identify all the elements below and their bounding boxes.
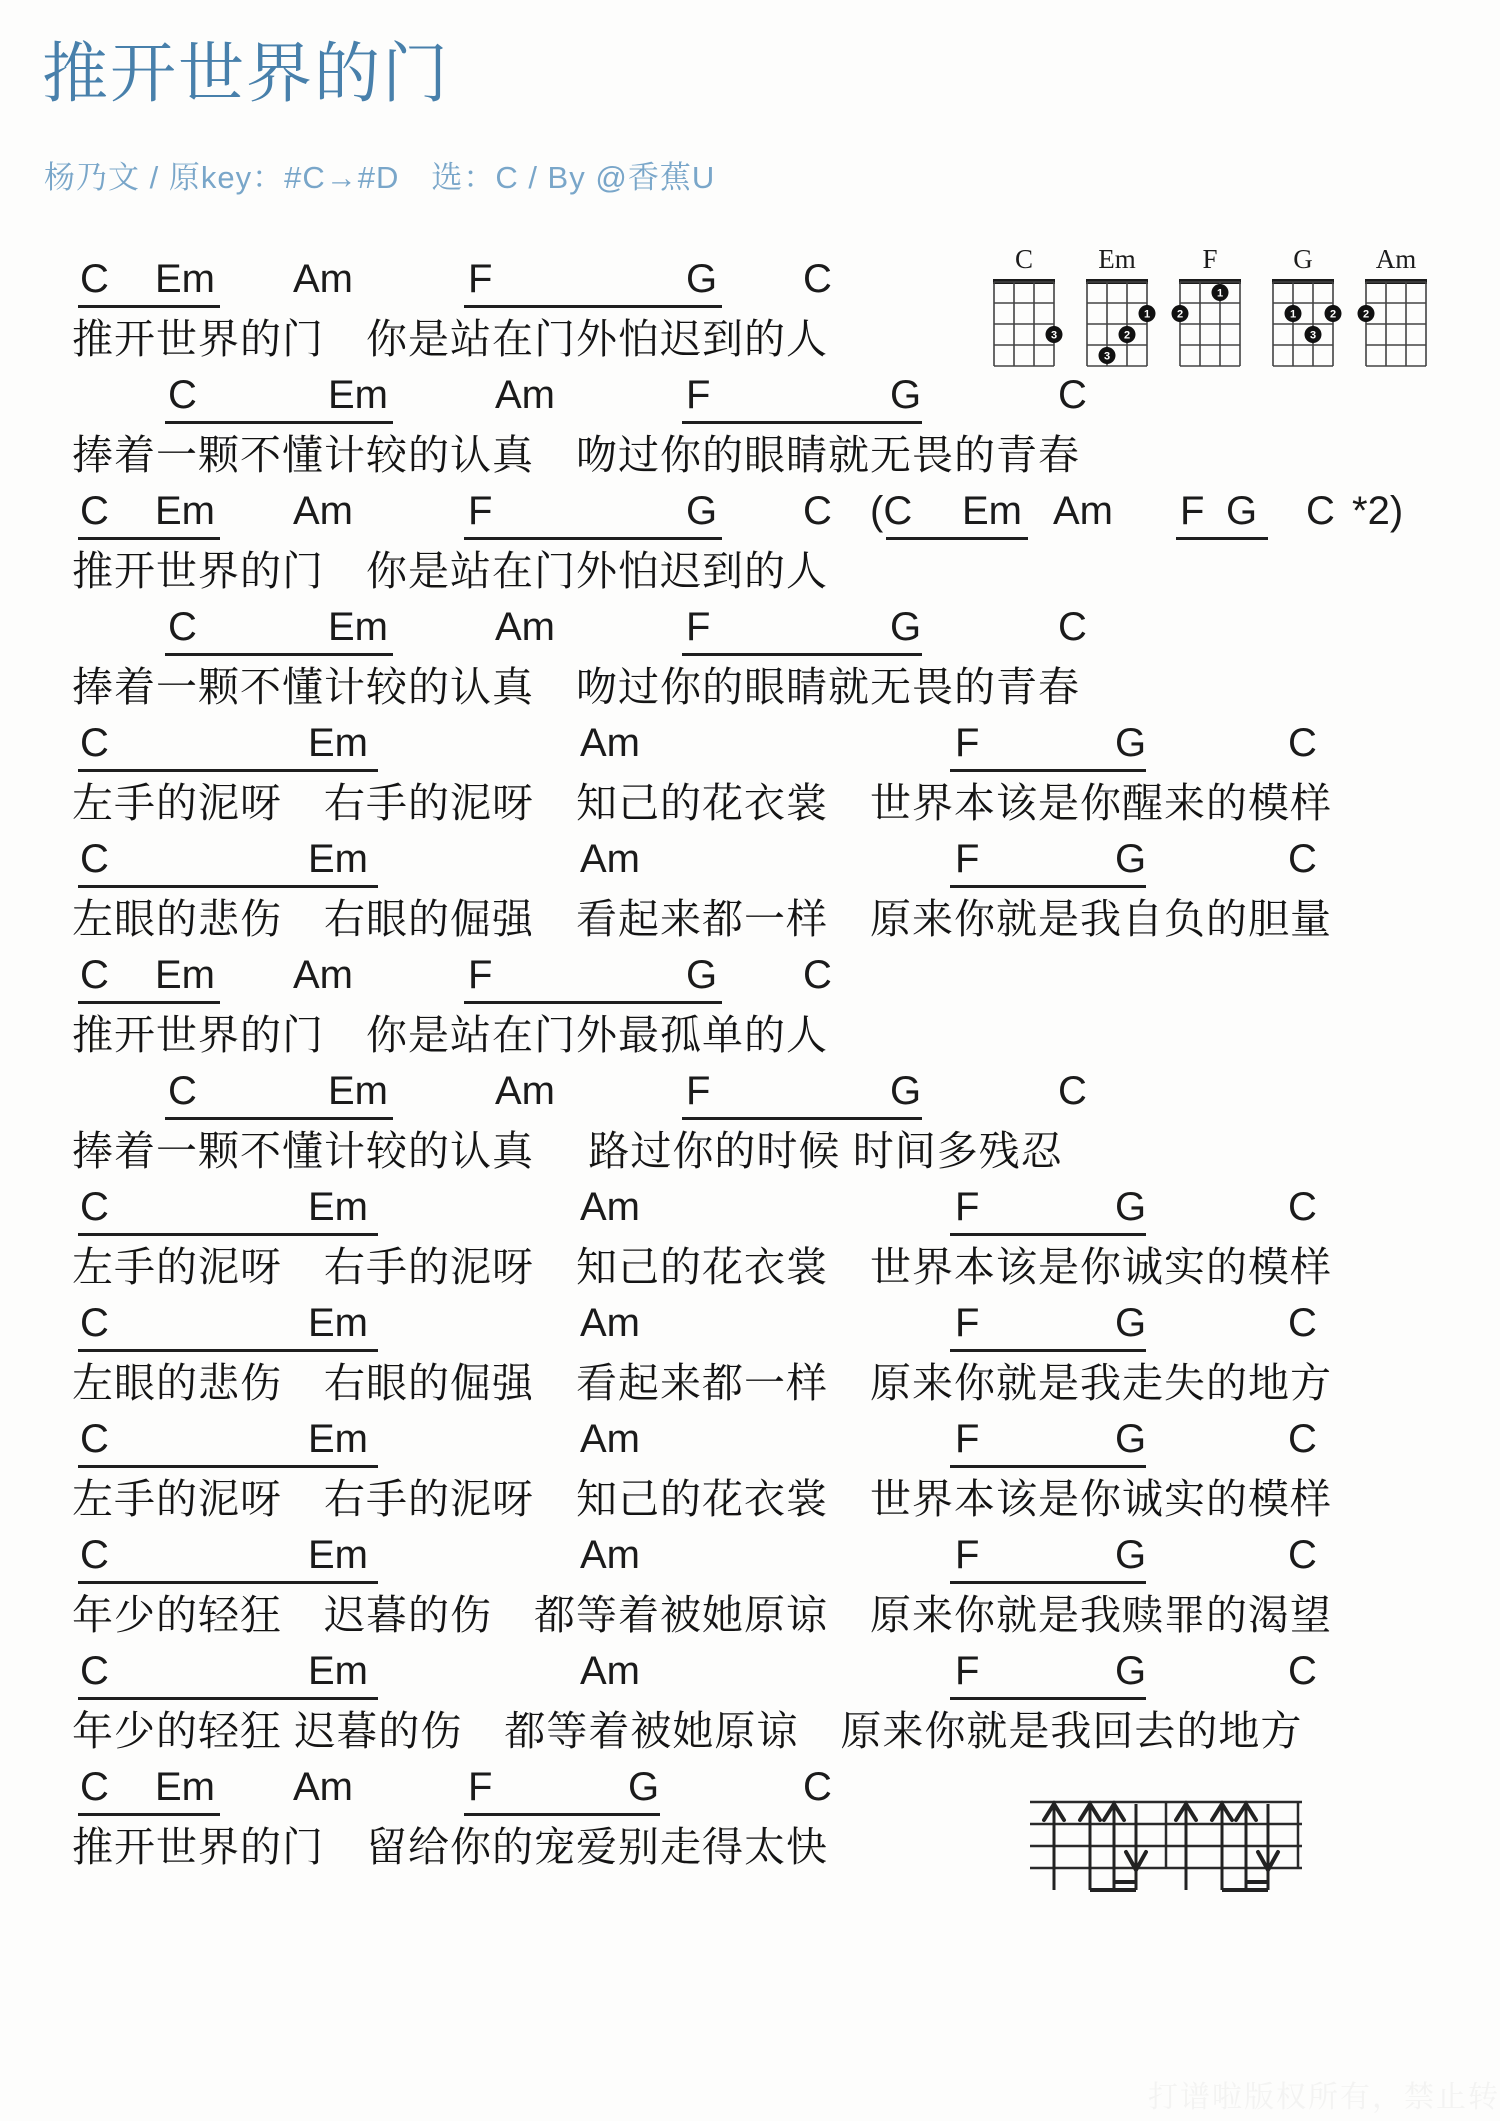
chord-symbol: Am xyxy=(580,1299,640,1347)
chord-symbol: G xyxy=(1115,719,1146,767)
chord-symbol: C xyxy=(803,487,832,535)
chord-symbol: Em xyxy=(962,487,1022,535)
chord-underline xyxy=(682,421,922,424)
chord-symbol: Em xyxy=(308,1647,368,1695)
chord-underline xyxy=(78,1581,378,1584)
chord-underline xyxy=(682,653,922,656)
chord-symbol: C xyxy=(1288,1531,1317,1579)
chord-symbol: Am xyxy=(495,371,555,419)
chord-row: CEmAmFGC xyxy=(0,603,1500,659)
chord-symbol: F xyxy=(955,835,979,883)
chord-symbol: Am xyxy=(580,1183,640,1231)
song-line-9: CEmAmFGC左手的泥呀 右手的泥呀 知己的花衣裳 世界本该是你诚实的模样 xyxy=(0,1183,1500,1299)
chord-symbol: (C xyxy=(870,487,912,535)
chord-symbol: C xyxy=(1288,1647,1317,1695)
chord-underline xyxy=(682,1117,922,1120)
chord-symbol: F xyxy=(686,1067,710,1115)
chord-symbol: *2) xyxy=(1352,487,1403,535)
lyric-line: 年少的轻狂 迟暮的伤 都等着被她原谅 原来你就是我回去的地方 xyxy=(0,1703,1500,1759)
chord-symbol: F xyxy=(955,719,979,767)
chord-row: CEmAmFGC xyxy=(0,719,1500,775)
chord-symbol: C xyxy=(168,603,197,651)
chord-symbol: Em xyxy=(308,1299,368,1347)
chord-underline xyxy=(165,421,393,424)
chord-symbol: C xyxy=(80,951,109,999)
chord-underline xyxy=(886,537,1028,540)
chord-symbol: F xyxy=(468,255,492,303)
chord-symbol: G xyxy=(1115,835,1146,883)
lyric-line: 左手的泥呀 右手的泥呀 知己的花衣裳 世界本该是你诚实的模样 xyxy=(0,1239,1500,1295)
lyric-line: 推开世界的门 你是站在门外怕迟到的人 xyxy=(0,311,1500,367)
chord-symbol: F xyxy=(955,1415,979,1463)
chord-symbol: Em xyxy=(155,255,215,303)
lyric-line: 左手的泥呀 右手的泥呀 知己的花衣裳 世界本该是你诚实的模样 xyxy=(0,1471,1500,1527)
chord-symbol: F xyxy=(686,603,710,651)
chord-row: CEmAmFGC xyxy=(0,1067,1500,1123)
chord-symbol: G xyxy=(890,1067,921,1115)
chord-symbol: C xyxy=(80,1647,109,1695)
chord-symbol: F xyxy=(468,487,492,535)
song-line-8: CEmAmFGC捧着一颗不懂计较的认真 路过你的时候 时间多残忍 xyxy=(0,1067,1500,1183)
chord-symbol: C xyxy=(168,1067,197,1115)
chord-symbol: C xyxy=(1288,1183,1317,1231)
chord-symbol: F xyxy=(468,1763,492,1811)
song-line-12: CEmAmFGC年少的轻狂 迟暮的伤 都等着被她原谅 原来你就是我赎罪的渴望 xyxy=(0,1531,1500,1647)
chord-symbol: F xyxy=(468,951,492,999)
chord-symbol: C xyxy=(80,255,109,303)
chord-symbol: G xyxy=(686,487,717,535)
chord-symbol: C xyxy=(80,1183,109,1231)
chord-underline xyxy=(78,305,220,308)
chord-symbol: Em xyxy=(328,1067,388,1115)
chord-symbol: Am xyxy=(580,1647,640,1695)
chord-row: CEmAmFGC xyxy=(0,951,1500,1007)
song-line-13: CEmAmFGC年少的轻狂 迟暮的伤 都等着被她原谅 原来你就是我回去的地方 xyxy=(0,1647,1500,1763)
chord-underline xyxy=(950,885,1146,888)
chord-row: CEmAmFGC xyxy=(0,1415,1500,1471)
chord-symbol: C xyxy=(1288,1299,1317,1347)
chord-symbol: C xyxy=(80,487,109,535)
chord-symbol: F xyxy=(955,1531,979,1579)
chord-underline xyxy=(464,1813,660,1816)
lyric-line: 推开世界的门 你是站在门外怕迟到的人 xyxy=(0,543,1500,599)
chord-symbol: C xyxy=(1058,371,1087,419)
song-line-1: CEmAmFGC推开世界的门 你是站在门外怕迟到的人 xyxy=(0,255,1500,371)
chord-underline xyxy=(950,769,1146,772)
chord-underline xyxy=(950,1581,1146,1584)
chord-underline xyxy=(165,653,393,656)
song-line-5: CEmAmFGC左手的泥呀 右手的泥呀 知己的花衣裳 世界本该是你醒来的模样 xyxy=(0,719,1500,835)
chord-symbol: Em xyxy=(328,603,388,651)
song-line-4: CEmAmFGC捧着一颗不懂计较的认真 吻过你的眼睛就无畏的青春 xyxy=(0,603,1500,719)
song-meta: 杨乃文 / 原key：#C→#D 选：C / By @香蕉U xyxy=(44,152,715,197)
lyric-line: 捧着一颗不懂计较的认真 吻过你的眼睛就无畏的青春 xyxy=(0,427,1500,483)
chord-underline xyxy=(78,1465,378,1468)
chord-symbol: C xyxy=(1288,1415,1317,1463)
chord-symbol: F xyxy=(955,1647,979,1695)
chord-symbol: Em xyxy=(308,1183,368,1231)
chord-symbol: Am xyxy=(495,1067,555,1115)
chord-symbol: Em xyxy=(155,1763,215,1811)
chord-symbol: C xyxy=(80,1763,109,1811)
chord-symbol: C xyxy=(1288,835,1317,883)
chord-underline xyxy=(78,769,378,772)
chord-symbol: Em xyxy=(155,487,215,535)
chord-symbol: C xyxy=(803,255,832,303)
chord-symbol: G xyxy=(686,255,717,303)
chord-underline xyxy=(78,537,220,540)
chord-underline xyxy=(950,1697,1146,1700)
chord-symbol: C xyxy=(803,1763,832,1811)
chord-row: CEmAmFGC xyxy=(0,1183,1500,1239)
chord-underline xyxy=(165,1117,393,1120)
chord-symbol: Am xyxy=(580,719,640,767)
chord-underline xyxy=(78,1001,220,1004)
chord-symbol: F xyxy=(955,1183,979,1231)
chord-symbol: G xyxy=(1115,1647,1146,1695)
chord-symbol: C xyxy=(1306,487,1335,535)
chord-row: CEmAmFGC xyxy=(0,1299,1500,1355)
song-line-2: CEmAmFGC捧着一颗不懂计较的认真 吻过你的眼睛就无畏的青春 xyxy=(0,371,1500,487)
chord-symbol: Em xyxy=(308,719,368,767)
chord-underline xyxy=(950,1465,1146,1468)
chord-symbol: Em xyxy=(155,951,215,999)
song-line-11: CEmAmFGC左手的泥呀 右手的泥呀 知己的花衣裳 世界本该是你诚实的模样 xyxy=(0,1415,1500,1531)
chord-symbol: C xyxy=(80,835,109,883)
chord-row: CEmAmFGC xyxy=(0,1531,1500,1587)
chord-underline xyxy=(950,1349,1146,1352)
chord-underline xyxy=(78,885,378,888)
chord-symbol: Am xyxy=(293,487,353,535)
chord-row: CEmAmFGC xyxy=(0,1647,1500,1703)
chord-symbol: Am xyxy=(293,1763,353,1811)
chord-symbol: G xyxy=(890,603,921,651)
chord-row: CEmAmFGC xyxy=(0,255,1500,311)
chord-row: CEmAmFGC xyxy=(0,371,1500,427)
chord-symbol: F xyxy=(955,1299,979,1347)
chord-symbol: Em xyxy=(308,1415,368,1463)
lyric-line: 左手的泥呀 右手的泥呀 知己的花衣裳 世界本该是你醒来的模样 xyxy=(0,775,1500,831)
chord-symbol: Am xyxy=(580,1531,640,1579)
strum-pattern xyxy=(1030,1788,1306,1900)
lyric-line: 左眼的悲伤 右眼的倔强 看起来都一样 原来你就是我走失的地方 xyxy=(0,1355,1500,1411)
chord-symbol: F xyxy=(1180,487,1204,535)
lyric-line: 年少的轻狂 迟暮的伤 都等着被她原谅 原来你就是我赎罪的渴望 xyxy=(0,1587,1500,1643)
lyric-line: 左眼的悲伤 右眼的倔强 看起来都一样 原来你就是我自负的胆量 xyxy=(0,891,1500,947)
chord-symbol: G xyxy=(1115,1299,1146,1347)
chord-symbol: C xyxy=(1058,1067,1087,1115)
song-line-3: CEmAmFGC(CEmAmFGC*2)推开世界的门 你是站在门外怕迟到的人 xyxy=(0,487,1500,603)
chord-underline xyxy=(464,305,722,308)
lyric-line: 捧着一颗不懂计较的认真 吻过你的眼睛就无畏的青春 xyxy=(0,659,1500,715)
song-body: CEmAmFGC推开世界的门 你是站在门外怕迟到的人CEmAmFGC捧着一颗不懂… xyxy=(0,255,1500,1879)
chord-underline xyxy=(464,1001,722,1004)
chord-symbol: F xyxy=(686,371,710,419)
chord-symbol: G xyxy=(686,951,717,999)
chord-symbol: C xyxy=(168,371,197,419)
chord-symbol: C xyxy=(80,1299,109,1347)
watermark: 打谱啦版权所有，禁止转载 xyxy=(1148,2072,1500,2116)
lyric-line: 推开世界的门 你是站在门外最孤单的人 xyxy=(0,1007,1500,1063)
lyric-line: 捧着一颗不懂计较的认真 路过你的时候 时间多残忍 xyxy=(0,1123,1500,1179)
chord-symbol: G xyxy=(890,371,921,419)
chord-symbol: G xyxy=(1115,1183,1146,1231)
chord-symbol: G xyxy=(628,1763,659,1811)
chord-symbol: Am xyxy=(580,1415,640,1463)
chord-symbol: C xyxy=(80,1531,109,1579)
chord-symbol: G xyxy=(1115,1415,1146,1463)
chord-underline xyxy=(950,1233,1146,1236)
chord-symbol: Am xyxy=(293,255,353,303)
chord-underline xyxy=(1176,537,1268,540)
chord-symbol: G xyxy=(1226,487,1257,535)
chord-symbol: Em xyxy=(328,371,388,419)
song-line-6: CEmAmFGC左眼的悲伤 右眼的倔强 看起来都一样 原来你就是我自负的胆量 xyxy=(0,835,1500,951)
chord-symbol: Am xyxy=(495,603,555,651)
chord-underline xyxy=(78,1813,220,1816)
chord-underline xyxy=(464,537,722,540)
chord-row: CEmAmFGC xyxy=(0,835,1500,891)
chord-row: CEmAmFGC(CEmAmFGC*2) xyxy=(0,487,1500,543)
chord-symbol: C xyxy=(80,1415,109,1463)
chord-symbol: G xyxy=(1115,1531,1146,1579)
chord-symbol: Em xyxy=(308,835,368,883)
chord-underline xyxy=(78,1697,378,1700)
chord-underline xyxy=(78,1349,378,1352)
chord-symbol: Em xyxy=(308,1531,368,1579)
chord-symbol: Am xyxy=(1053,487,1113,535)
song-line-7: CEmAmFGC推开世界的门 你是站在门外最孤单的人 xyxy=(0,951,1500,1067)
chord-symbol: Am xyxy=(293,951,353,999)
chord-symbol: C xyxy=(80,719,109,767)
chord-symbol: C xyxy=(803,951,832,999)
chord-symbol: C xyxy=(1288,719,1317,767)
chord-symbol: Am xyxy=(580,835,640,883)
chord-underline xyxy=(78,1233,378,1236)
page-title: 推开世界的门 xyxy=(42,20,450,115)
song-line-10: CEmAmFGC左眼的悲伤 右眼的倔强 看起来都一样 原来你就是我走失的地方 xyxy=(0,1299,1500,1415)
chord-symbol: C xyxy=(1058,603,1087,651)
